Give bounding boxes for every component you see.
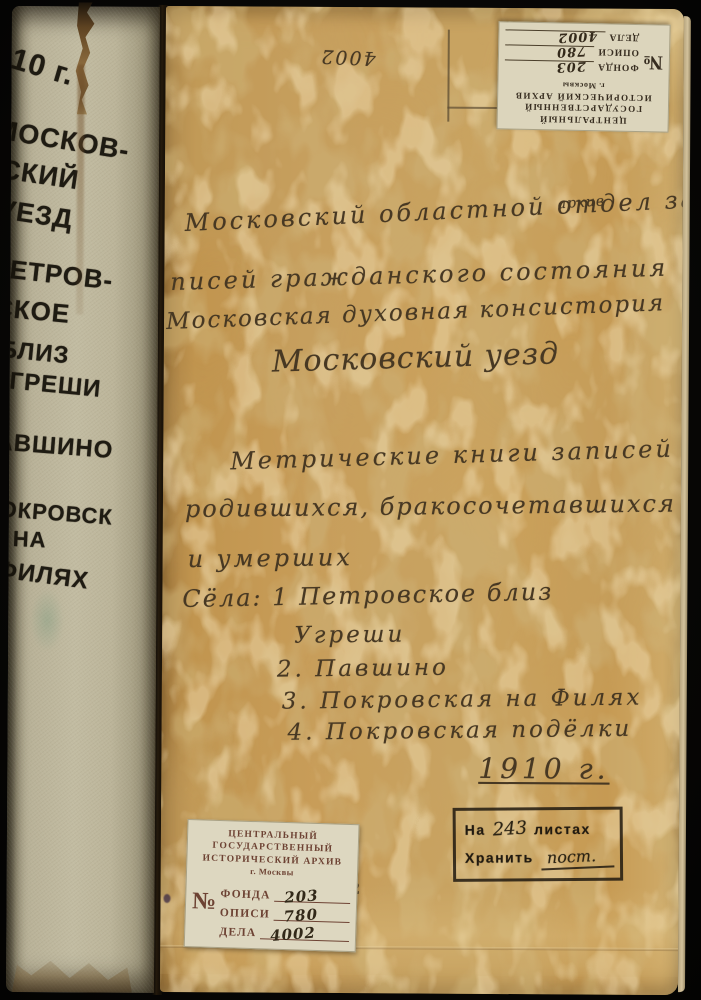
contents-line: родившихся, бракосочетавшихся [185,490,676,524]
ink-spot [164,894,171,903]
numero-sign: № [191,888,217,938]
delo-label: ДЕЛА [219,926,256,939]
opis-label: ОПИСИ [597,46,639,57]
keep-value: пост. [540,845,614,870]
contents-line: 3. Покровская на Филях [282,685,643,715]
book-cover-photo: 1910 г. МОСКОВ- СКИЙ УЕЗД ПЕТРОВ- СКОЕ Б… [0,0,701,1000]
delo-label: ДЕЛА [608,31,639,42]
delo-value: 4002 [557,27,598,44]
loose-number-top: 4002 [319,45,376,69]
contents-line: и умерших [187,543,353,573]
spine-word: СКОЕ [6,292,72,330]
spine-word: БЛИЗ [6,336,71,370]
archive-label-top: ЦЕНТРАЛЬНЫЙ ГОСУДАРСТВЕННЫЙ ИСТОРИЧЕСКИЙ… [496,21,670,133]
numero-sign: № [643,32,664,73]
fond-label: ФОНДА [597,61,639,72]
fond-value: 203 [556,58,587,74]
keep-label: Хранить [465,849,534,866]
contents-line: Угреши [294,621,405,648]
opis-value: 780 [556,43,587,59]
contents-year: 1910 г. [478,752,609,786]
sheets-suffix: листах [534,821,591,837]
sheets-prefix: На [465,822,486,838]
fond-label: ФОНДА [220,888,270,902]
pencil-line-horizontal [447,107,497,109]
delo-value: 4002 [270,924,317,945]
sheets-count-stamp: На 243 листах Хранить пост. [453,807,624,882]
spine-word: НА [12,526,47,553]
opis-label: ОПИСИ [220,907,270,921]
sheets-count-value: 243 [492,817,528,840]
front-cover: архив Московский областной отдел за- пис… [160,6,684,995]
contents-line: 2. Павшино [277,655,449,683]
contents-line: 4. Покровская подёлки [287,716,632,746]
archive-label-bottom: ЦЕНТРАЛЬНЫЙ ГОСУДАРСТВЕННЫЙ ИСТОРИЧЕСКИЙ… [184,819,360,952]
archival-book: 1910 г. МОСКОВ- СКИЙ УЕЗД ПЕТРОВ- СКОЕ Б… [4,4,688,998]
